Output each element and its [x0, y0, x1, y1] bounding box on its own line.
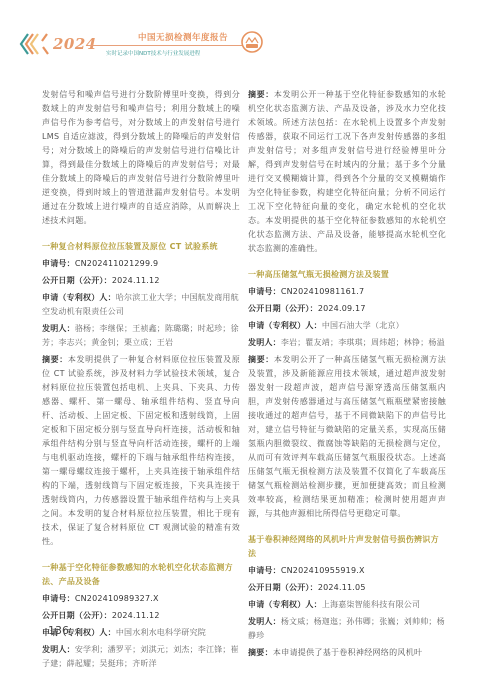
publication-date: 公开日期（公开）：2024.09.17 — [248, 302, 446, 316]
patent-entry: 基于卷积神经网络的风机叶片声发射信号损伤辨识方法 申请号：CN202410955… — [248, 533, 446, 660]
application-number: 申请号：CN202410955919.X — [248, 564, 446, 578]
page-number: 136 — [48, 624, 69, 637]
publication-date: 公开日期（公开）：2024.11.05 — [248, 581, 446, 595]
application-number: 申请号：CN202411021299.9 — [42, 257, 240, 271]
abstract: 摘要：本申请提供了基于卷积神经网络的风机叶 — [248, 646, 446, 660]
abstract: 摘要：本发明公开了一种高压储氢气瓶无损检测方法及装置，涉及新能源应用技术领域，通… — [248, 353, 446, 521]
chevron-decoration-icon — [18, 32, 54, 56]
publication-date: 公开日期（公开）：2024.11.12 — [42, 609, 240, 623]
report-subtitle: 实时记录中国NDT技术与行业发展进程 — [106, 49, 200, 57]
intro-paragraph: 发射信号和噪声信号进行分数阶傅里叶变换，得到分数域上的声发射信号和噪声信号；利用… — [42, 88, 240, 228]
inventors: 发明人：骆杨；李继保；王祯鑫；陈璐璐；时起珍；徐芳；李志兴；黄金钊；栗立成；王岩 — [42, 322, 240, 350]
inventors: 发明人：安学利；潘罗平；刘淇元；刘杰；李江锋；崔子建；薛起耀；吴挺玮；齐昕洋 — [42, 643, 240, 671]
patent-title: 一种高压储氢气瓶无损检测方法及装置 — [248, 268, 446, 282]
application-number: 申请号：CN202410981161.7 — [248, 285, 446, 299]
application-number: 申请号：CN202410989327.X — [42, 592, 240, 606]
patent-entry: 一种复合材料原位拉压装置及原位 CT 试验系统 申请号：CN2024110212… — [42, 240, 240, 549]
left-column: 发射信号和噪声信号进行分数阶傅里叶变换，得到分数域上的声发射信号和噪声信号；利用… — [42, 88, 240, 673]
report-year: 2024 — [53, 35, 97, 53]
patent-title: 一种复合材料原位拉压装置及原位 CT 试验系统 — [42, 240, 240, 254]
applicant: 申请（专利权）人：哈尔滨工业大学；中国航发商用航空发动机有限责任公司 — [42, 291, 240, 319]
report-title: 中国无损检测年度报告 — [138, 31, 228, 43]
patent-entry: 一种基于空化特征参数感知的水轮机空化状态监测方法、产品及设备 申请号：CN202… — [42, 561, 240, 671]
inventors: 发明人：李岩；瞿友靖；李琪琪；周炜超；林铮；杨溢 — [248, 336, 446, 350]
patent-title: 一种基于空化特征参数感知的水轮机空化状态监测方法、产品及设备 — [42, 561, 240, 589]
publication-date: 公开日期（公开）：2024.11.12 — [42, 274, 240, 288]
right-column: 摘要：本发明公开一种基于空化特征参数感知的水轮机空化状态监测方法、产品及设备，涉… — [248, 88, 446, 660]
patent-title: 基于卷积神经网络的风机叶片声发射信号损伤辨识方法 — [248, 533, 446, 561]
continued-abstract: 摘要：本发明公开一种基于空化特征参数感知的水轮机空化状态监测方法、产品及设备，涉… — [248, 88, 446, 256]
inventors: 发明人：杨文威；杨迦迤；孙伟卿；张巍；刘帅帅；杨静珍 — [248, 615, 446, 643]
applicant: 申请（专利权）人：上海嘉柒智能科技有限公司 — [248, 598, 446, 612]
ndt-logo-icon — [241, 31, 263, 53]
patent-entry: 一种高压储氢气瓶无损检测方法及装置 申请号：CN202410981161.7 公… — [248, 268, 446, 521]
applicant: 申请（专利权）人：中国水利水电科学研究院 — [42, 626, 240, 640]
abstract: 摘要：本发明提供了一种复合材料原位拉压装置及原位 CT 试验系统，涉及材料力学试… — [42, 353, 240, 549]
report-header: 2024 中国无损检测年度报告 实时记录中国NDT技术与行业发展进程 — [18, 28, 268, 60]
applicant: 申请（专利权）人：中国石油大学（北京） — [248, 319, 446, 333]
header-rule — [88, 45, 258, 46]
